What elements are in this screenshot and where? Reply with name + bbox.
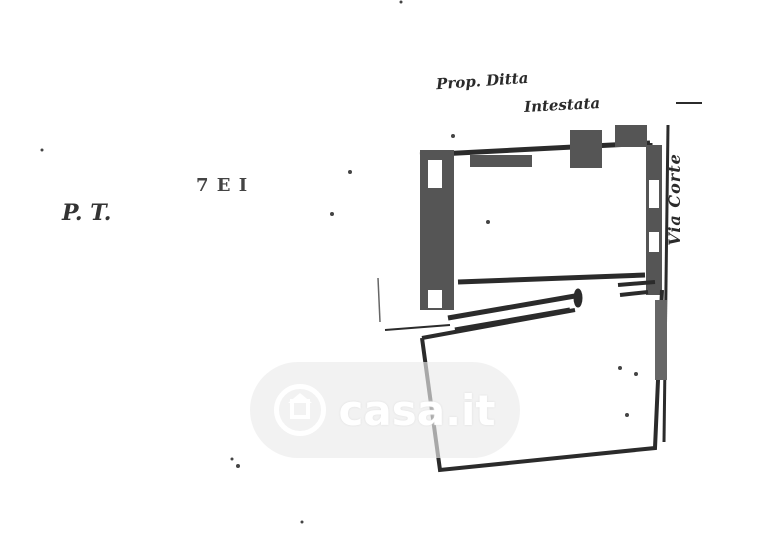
house-icon — [274, 384, 326, 436]
watermark-text: casa.it — [338, 386, 495, 435]
street-label: Via Corte — [665, 153, 684, 246]
upper-room — [420, 143, 652, 290]
room-number-label: 7 E I — [196, 175, 248, 196]
scan-mark — [378, 278, 380, 322]
watermark: casa.it — [250, 362, 520, 458]
floor-label: P. T. — [62, 200, 111, 226]
